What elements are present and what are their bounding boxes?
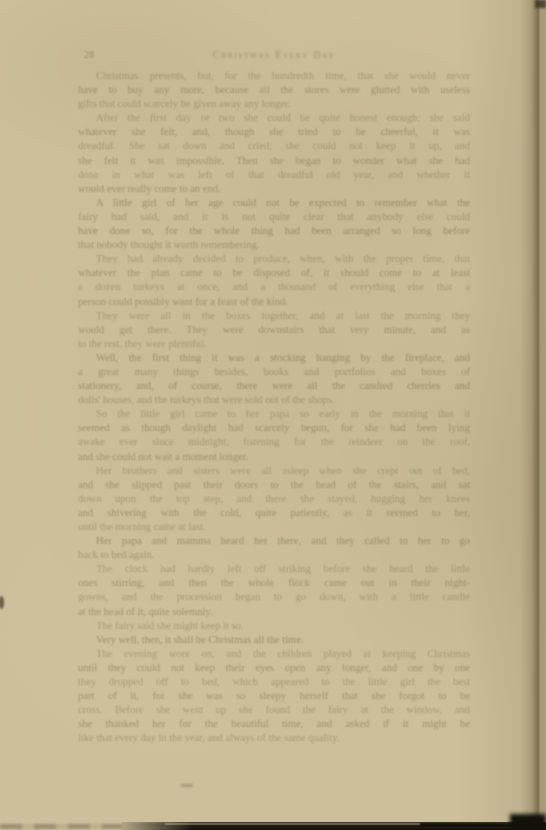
faded-text-line: Her brothers and sisters were all asleep… — [78, 465, 470, 479]
faded-text-line: a great many things besides, books and p… — [78, 366, 470, 380]
faded-text-line: and she slipped past their doors to the … — [78, 479, 470, 493]
scan-edge-corner — [510, 814, 546, 830]
faded-text-line: they dropped off to bed, which appeared … — [78, 676, 470, 690]
scan-edge-highlight-line — [165, 823, 420, 825]
faded-text-line: person could possibly want for a feast o… — [78, 296, 470, 310]
faded-text-line: whatever she felt, and, though she tried… — [78, 126, 470, 140]
paragraph: A little girl of her age could not be ex… — [78, 197, 470, 253]
paragraph: After the first day or two she could be … — [78, 112, 470, 197]
paragraph: The clock had hardly left off striking b… — [78, 563, 470, 619]
faded-text-line: Very well, then, it shall be Christmas a… — [78, 634, 470, 648]
faded-text-line: back to bed again. — [78, 549, 470, 563]
faded-text-line: gowns, and the procession began to go do… — [78, 591, 470, 605]
faded-text-line: at the head of it, quite solemnly. — [78, 606, 470, 620]
faded-text-line: she felt it was impossible. Then she beg… — [78, 155, 470, 169]
faded-text-line: would get there. They were downstairs th… — [78, 324, 470, 338]
paragraph: Well, the first thing it was a stocking … — [78, 352, 470, 408]
faded-text-line: So the little girl came to her papa so e… — [78, 408, 470, 422]
faded-text-line: until they could not keep their eyes ope… — [78, 662, 470, 676]
faded-text-line: like that every day in the year, and alw… — [78, 732, 470, 746]
page-edge-shadow — [520, 0, 546, 822]
faded-text-line: awake ever since midnight, listening for… — [78, 436, 470, 450]
page-header: 28 Christmas Every Day — [78, 48, 470, 70]
paragraph: The fairy said she might keep it so. — [78, 620, 470, 634]
faded-text-line: have to buy any more, because all the st… — [78, 84, 470, 98]
faded-text-line: stationery, and, of course, there were a… — [78, 380, 470, 394]
faded-text-line: would ever really come to an end. — [78, 183, 470, 197]
faded-text-line: a dozen turkeys at once, and a thousand … — [78, 281, 470, 295]
faded-text-line: and shivering with the cold, quite patie… — [78, 507, 470, 521]
stray-mark — [181, 784, 193, 787]
faded-text-line: down upon the top step, and there she st… — [78, 493, 470, 507]
faded-text-line: ones stirring, and then the whole flock … — [78, 577, 470, 591]
paragraph: They were all in the boxes together, and… — [78, 310, 470, 352]
faded-text-line: until the morning came at last. — [78, 521, 470, 535]
faded-text-line: fairy had said, and it is not quite clea… — [78, 211, 470, 225]
faded-text-line: have done so, for the whole thing had be… — [78, 225, 470, 239]
faded-text-line: The fairy said she might keep it so. — [78, 620, 470, 634]
faded-text-line: done in what was left of that dreadful o… — [78, 169, 470, 183]
paragraph: Christmas presents, but, for the hundred… — [78, 70, 470, 112]
faded-text-line: Christmas presents, but, for the hundred… — [78, 70, 470, 84]
paragraph: Her papa and mamma heard her there, and … — [78, 535, 470, 563]
faded-text-line: Her papa and mamma heard her there, and … — [78, 535, 470, 549]
text-column: 28 Christmas Every Day Christmas present… — [78, 48, 470, 747]
faded-text-line: that nobody thought it worth remembering… — [78, 239, 470, 253]
faded-text-line: Well, the first thing it was a stocking … — [78, 352, 470, 366]
scan-bottom-edge — [0, 820, 546, 830]
faded-text-line: They had already decided to produce, whe… — [78, 253, 470, 267]
faded-text-line: The evening wore on, and the children pl… — [78, 648, 470, 662]
faded-text-line: After the first day or two she could be … — [78, 112, 470, 126]
running-header-title: Christmas Every Day — [78, 48, 470, 61]
page-edge-crease — [537, 0, 539, 820]
faded-text-line: dreadful. She sat down and cried; she co… — [78, 140, 470, 154]
faded-text-line: to the rest, they were plentiful. — [78, 338, 470, 352]
faded-text-line: whatever the plan came to be disposed of… — [78, 267, 470, 281]
paragraph: Very well, then, it shall be Christmas a… — [78, 634, 470, 648]
faded-text-line: dolls' houses, and the turkeys that were… — [78, 394, 470, 408]
faded-text-line: she thanked her for the beautiful time, … — [78, 718, 470, 732]
faded-text-line: The clock had hardly left off striking b… — [78, 563, 470, 577]
faded-text-line: They were all in the boxes together, and… — [78, 310, 470, 324]
paragraph: Her brothers and sisters were all asleep… — [78, 465, 470, 535]
corner-speck — [535, 0, 546, 8]
faded-text-line: gifts that could scarcely be given away … — [78, 98, 470, 112]
paragraph: They had already decided to produce, whe… — [78, 253, 470, 309]
faded-text-line: A little girl of her age could not be ex… — [78, 197, 470, 211]
paragraph: So the little girl came to her papa so e… — [78, 408, 470, 464]
scan-edge-left-smudge — [0, 824, 135, 829]
text-block: Christmas presents, but, for the hundred… — [78, 70, 470, 747]
scanned-book-page: 28 Christmas Every Day Christmas present… — [0, 0, 546, 830]
faded-text-line: seemed as though daylight had scarcely b… — [78, 422, 470, 436]
faded-text-line: part of it, for she was so sleepy hersel… — [78, 690, 470, 704]
faded-text-line: and she could not wait a moment longer. — [78, 451, 470, 465]
paragraph: The evening wore on, and the children pl… — [78, 648, 470, 747]
ink-speck — [0, 596, 4, 609]
faded-text-line: cross. Before she went up she found the … — [78, 704, 470, 718]
